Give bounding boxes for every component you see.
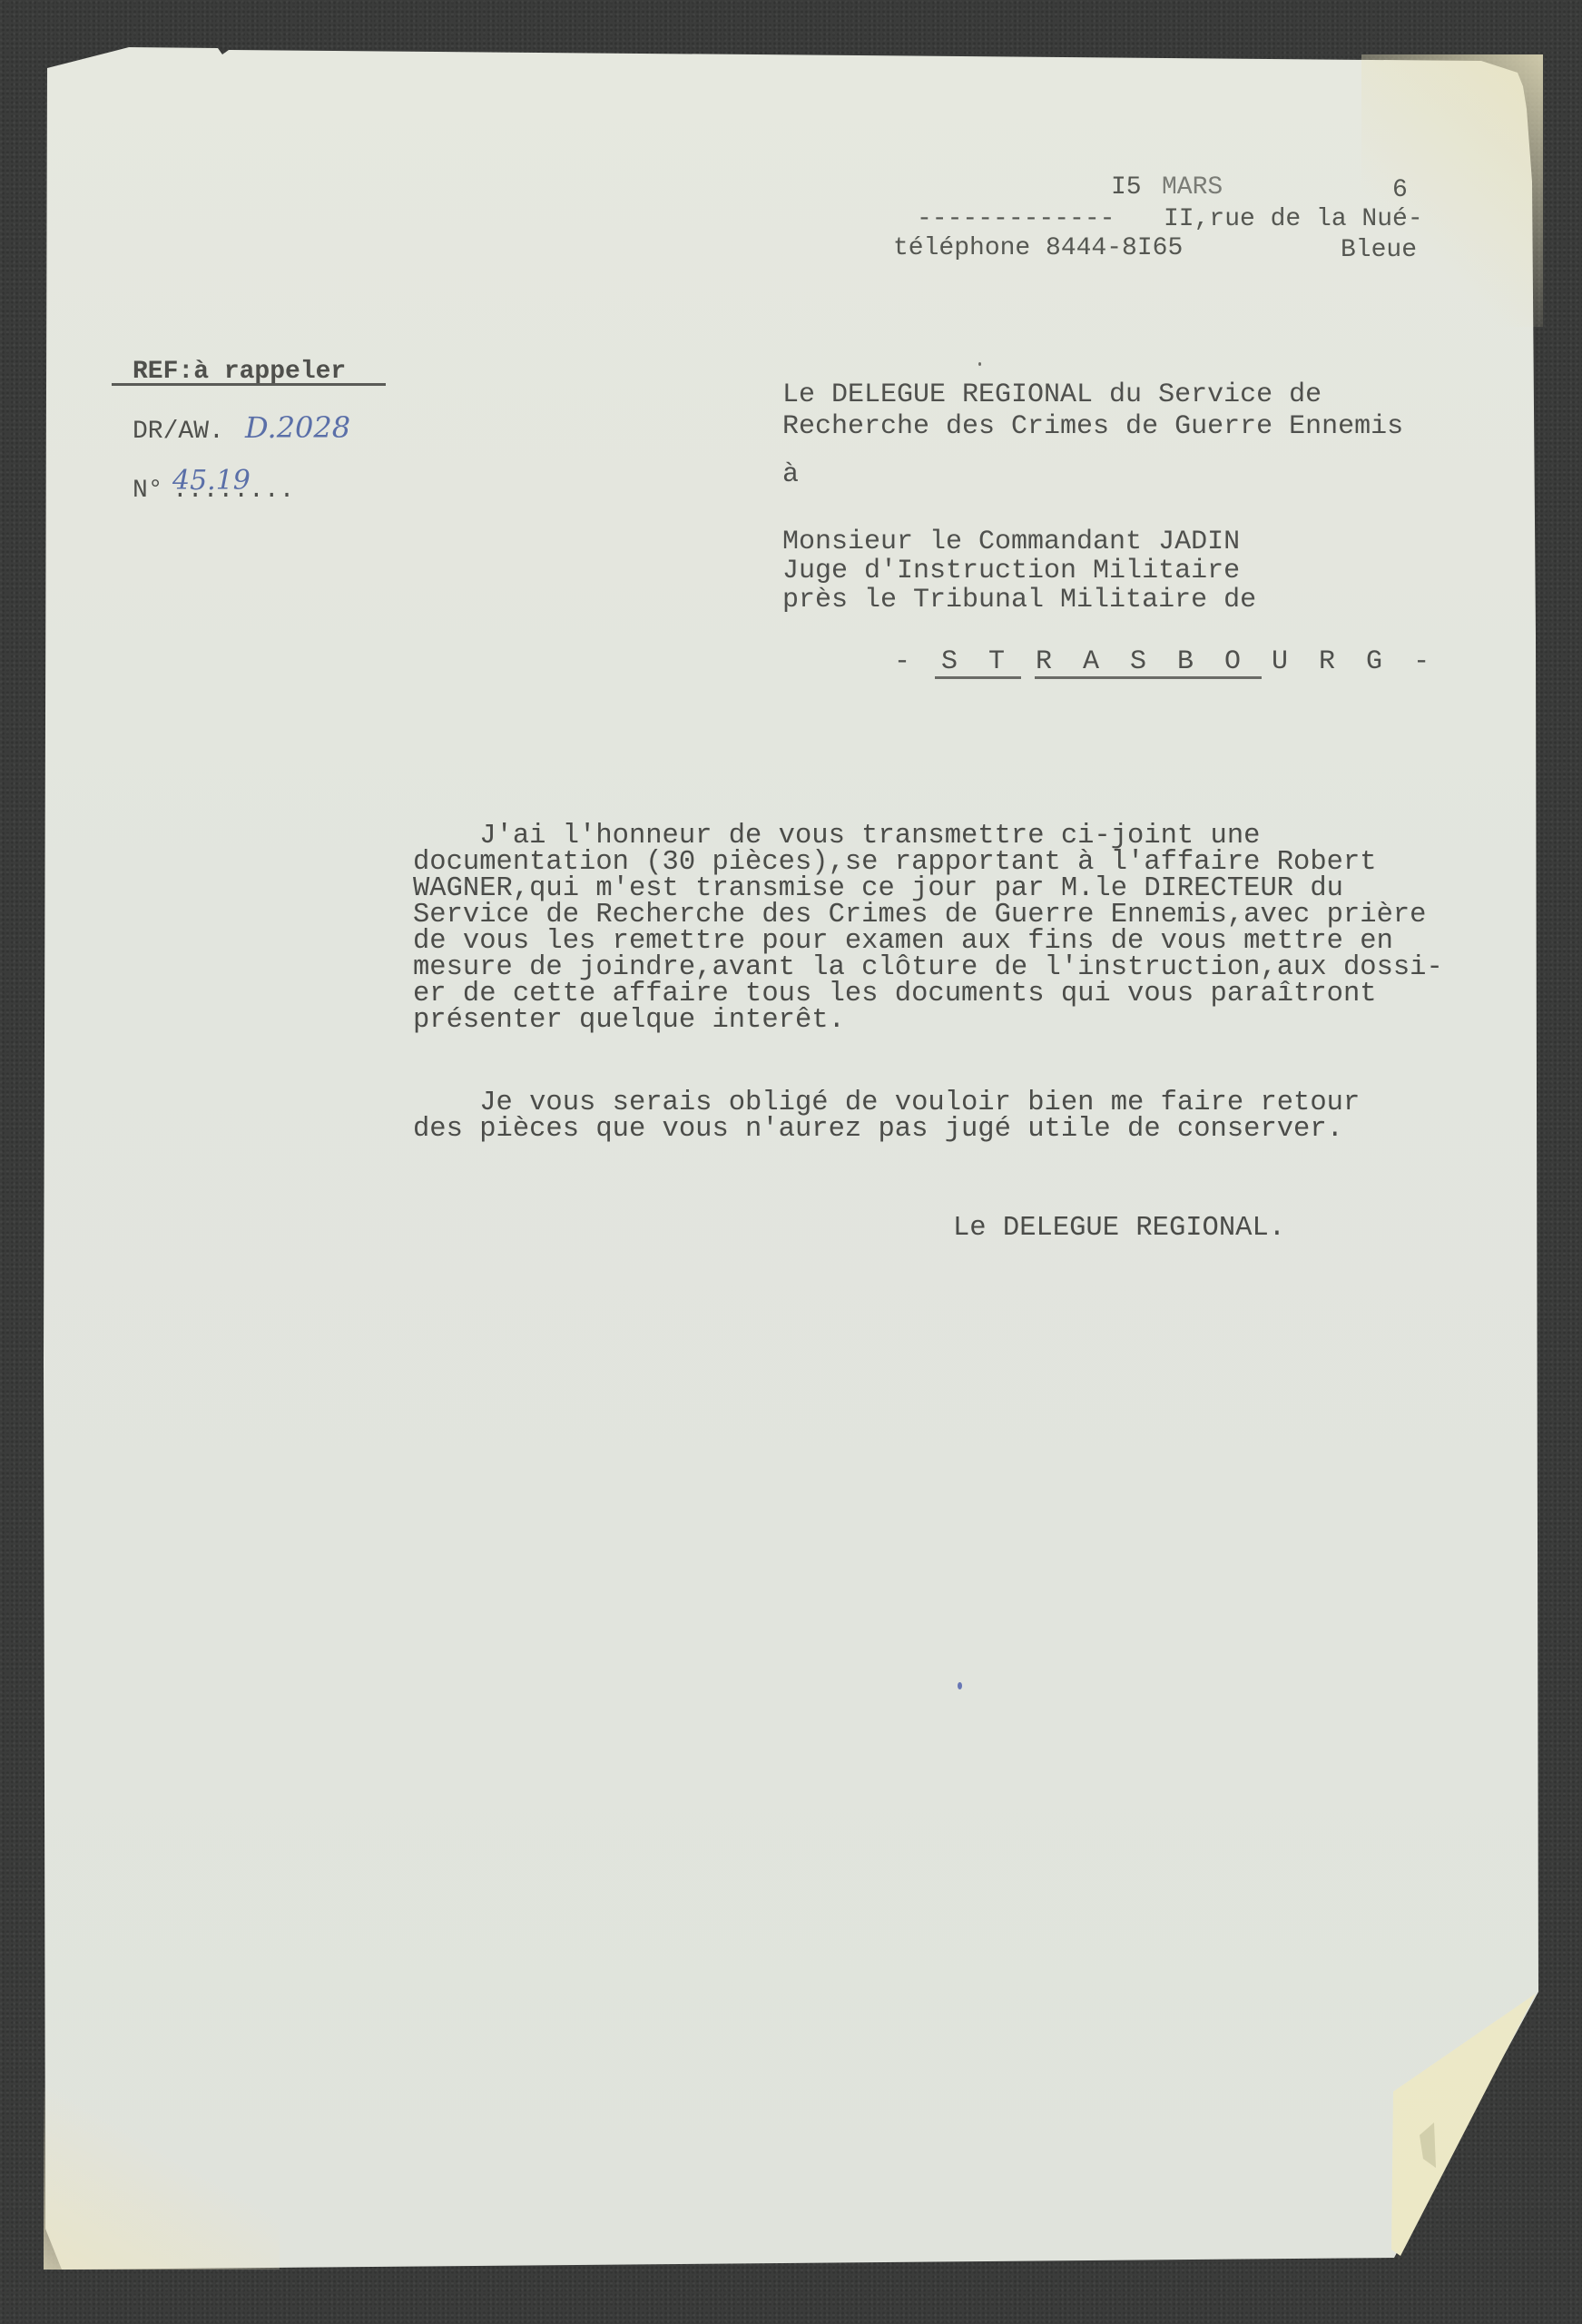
number-prefix: N° [133,478,163,504]
blue-ink-dot [958,1682,962,1689]
body-line: WAGNER,qui m'est transmise ce jour par M… [413,875,1343,903]
document-page [0,0,1582,2324]
city-underline [1035,676,1262,679]
telephone-line: téléphone 8444-8I65 [893,236,1183,261]
date-month: MARS [1162,175,1223,201]
address-line-2-end: Bleue [1341,238,1417,263]
date-year-suffix: 6 [1392,178,1408,203]
body-line: er de cette affaire tous les documents q… [413,980,1377,1009]
body-line: mesure de joindre,avant la clôture de l'… [413,954,1443,982]
letterhead-dash-line: ------------- [917,207,1115,232]
recipient-city: - S T R A S B O U R G - [894,648,1437,675]
sender-to: à [782,461,799,488]
number-handwritten: 45.19 [172,465,251,497]
sender-line-1: Le DELEGUE REGIONAL du Service de [782,381,1322,409]
dossier-handwritten: D.2028 [245,410,350,445]
recipient-line-3: près le Tribunal Militaire de [782,586,1256,614]
recipient-line-2: Juge d'Instruction Militaire [782,557,1240,585]
body-line: Service de Recherche des Crimes de Guerr… [413,901,1426,930]
sender-line-2: Recherche des Crimes de Guerre Ennemis [782,413,1403,440]
body-line: présenter quelque interêt. [413,1007,845,1035]
body-line: J'ai l'honneur de vous transmettre ci-jo… [413,822,1260,851]
signature: Le DELEGUE REGIONAL. [953,1215,1285,1243]
ink-speck [978,362,981,366]
body-line: de vous les remettre pour examen aux fin… [413,928,1393,956]
date-day: I5 [1111,175,1142,201]
address-line-1: II,rue de la Nué- [1164,207,1423,232]
body-line: Je vous serais obligé de vouloir bien me… [413,1089,1360,1118]
recipient-line-1: Monsieur le Commandant JADIN [782,528,1240,556]
body-line: documentation (30 pièces),se rapportant … [413,849,1377,877]
city-underline [935,676,1021,679]
ref-underline [112,383,386,386]
dossier-prefix: DR/AW. [133,419,224,445]
body-line: des pièces que vous n'aurez pas jugé uti… [413,1116,1343,1144]
ref-label: REF:à rappeler [133,359,346,385]
